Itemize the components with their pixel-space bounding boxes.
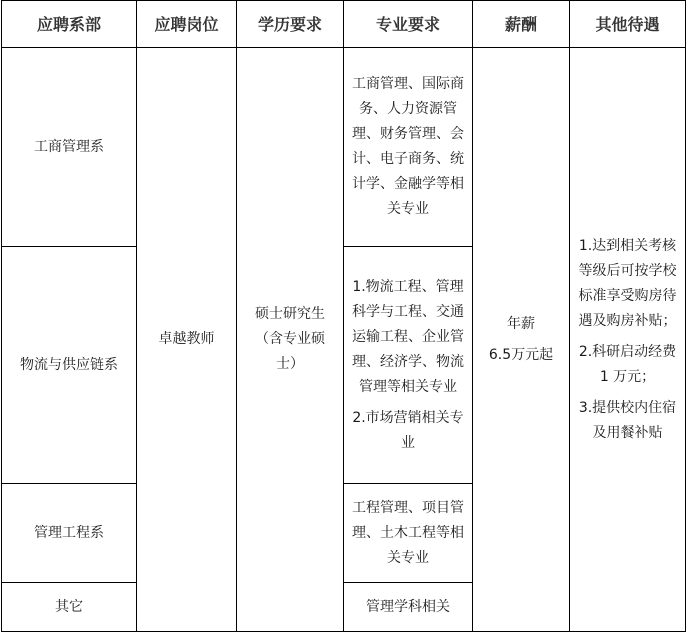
header-position: 应聘岗位 bbox=[137, 1, 237, 48]
header-benefits: 其他待遇 bbox=[570, 1, 686, 48]
salary-cell: 年薪 6.5万元起 bbox=[473, 48, 570, 632]
header-education: 学历要求 bbox=[237, 1, 344, 48]
major-text: 工商管理、国际商务、人力资源管理、财务管理、会计、电子商务、统计学、金融学等相关… bbox=[348, 72, 468, 222]
header-salary: 薪酬 bbox=[473, 1, 570, 48]
header-department: 应聘系部 bbox=[2, 1, 137, 48]
benefit-item: 3.提供校内住宿及用餐补贴 bbox=[573, 396, 682, 446]
benefit-item: 1.达到相关考核等级后可按学校标准享受购房待遇及购房补贴； bbox=[573, 234, 682, 334]
table-row: 工商管理系 卓越教师 硕士研究生（含专业硕士） 工商管理、国际商务、人力资源管理… bbox=[2, 48, 686, 247]
major-cell: 1.物流工程、管理科学与工程、交通运输工程、企业管理、经济学、物流管理等相关专业… bbox=[344, 247, 473, 484]
major-text: 1.物流工程、管理科学与工程、交通运输工程、企业管理、经济学、物流管理等相关专业 bbox=[348, 275, 468, 400]
major-text: 管理学科相关 bbox=[348, 595, 468, 620]
department-cell: 物流与供应链系 bbox=[2, 247, 137, 484]
major-text: 工程管理、项目管理、土木工程等相关专业 bbox=[348, 496, 468, 571]
benefit-item: 2.科研启动经费 1 万元； bbox=[573, 340, 682, 390]
header-major: 专业要求 bbox=[344, 1, 473, 48]
benefits-cell: 1.达到相关考核等级后可按学校标准享受购房待遇及购房补贴； 2.科研启动经费 1… bbox=[570, 48, 686, 632]
education-cell: 硕士研究生（含专业硕士） bbox=[237, 48, 344, 632]
salary-value: 6.5万元起 bbox=[479, 343, 563, 368]
department-cell: 其它 bbox=[2, 583, 137, 632]
header-row: 应聘系部 应聘岗位 学历要求 专业要求 薪酬 其他待遇 bbox=[2, 1, 686, 48]
major-cell: 管理学科相关 bbox=[344, 583, 473, 632]
major-text: 2.市场营销相关专业 bbox=[348, 406, 468, 456]
salary-label: 年薪 bbox=[479, 312, 563, 337]
recruitment-table: 应聘系部 应聘岗位 学历要求 专业要求 薪酬 其他待遇 工商管理系 卓越教师 硕… bbox=[1, 0, 686, 632]
major-cell: 工程管理、项目管理、土木工程等相关专业 bbox=[344, 484, 473, 583]
department-cell: 工商管理系 bbox=[2, 48, 137, 247]
department-cell: 管理工程系 bbox=[2, 484, 137, 583]
position-cell: 卓越教师 bbox=[137, 48, 237, 632]
major-cell: 工商管理、国际商务、人力资源管理、财务管理、会计、电子商务、统计学、金融学等相关… bbox=[344, 48, 473, 247]
